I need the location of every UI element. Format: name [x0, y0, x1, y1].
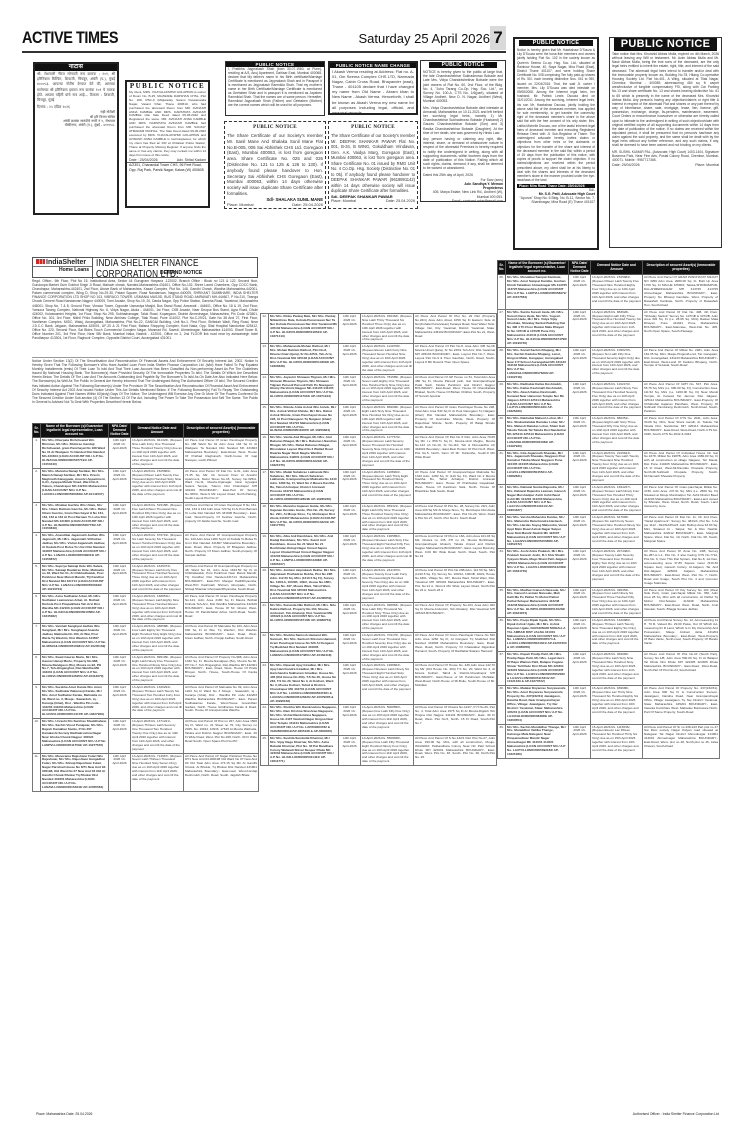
mulla-notice: PUBLIC NOTICE Take notice that Mrs. Khur…	[609, 37, 722, 248]
npa-date: 10th April 2026 13-April-2026	[339, 602, 361, 632]
npa-date: 10th April 2026 13-April-2026	[339, 344, 361, 374]
table-row: 15.Mr./ Mrs. Shinde Anita Ashok W/o Asho…	[261, 405, 497, 435]
borrower-details: Mr./ Mrs. Joshi Anita Prakash, Mr./ Mrs.…	[506, 549, 569, 587]
loans-table-col2: 12.Mr./ Mrs. Rinku Pankaj Bale, Mr./ Mrs…	[260, 313, 497, 766]
npa-date: 10th April 2026 13-April-2026	[569, 275, 591, 309]
notice-body: Notice is hereby given that Mr. Hawkshaw…	[515, 47, 597, 184]
npa-date: 10th April 2026 13-April-2026	[569, 484, 591, 514]
sr-no: 18.	[261, 503, 269, 533]
demand-amount: 13-April-2026 Rs. 515158/- (Rupees Five …	[131, 502, 184, 532]
table-row: 21.Mr./ Mrs. Sunanda Nilu Rathod, Mr./ M…	[261, 602, 497, 632]
borrower-details: Mr./ Mrs. Sunita Suresh Hede, Mr./ Mrs. …	[506, 309, 569, 347]
borrower-details: Mr./ Mrs. Dahiwal Sunita Rajendra, Mr./ …	[506, 484, 569, 514]
npa-date: 10th April 2026 13-April-2026	[109, 719, 131, 753]
notice-body-2: Mrs. Vidya Chandrashekhar Bobade died in…	[421, 105, 505, 136]
asset-description: All Piece And Parcel Of Gram Panchayat H…	[184, 502, 259, 532]
sr-no: 35.	[498, 587, 506, 617]
npa-date: 10th April 2026 13-April-2026	[109, 624, 131, 654]
sr-no: 12.	[261, 314, 269, 344]
sr-no: 33.	[498, 515, 506, 549]
borrower-details: Mr./ Mrs. Shobha Santosh Hamand W/o Sant…	[269, 633, 339, 663]
demand-amount: 13-April-2026 Rs. 647996/- (Rupees Six L…	[591, 515, 643, 549]
asset-description: All Piece And Parcel Of Flat No. 408, 4t…	[643, 309, 720, 347]
borrower-details: Mr./ Mrs. Madhuri Ganesh Naresale, Mr./ …	[506, 587, 569, 617]
sr-no: 30.	[498, 416, 506, 450]
asset-description: All Piece And Parcel Of Gram Panchayat H…	[414, 633, 497, 663]
sr-no: 26.	[498, 275, 506, 309]
borrower-details: Mr./ Mrs. Sonali Sachin Bhujang, Mr./ Mr…	[506, 347, 569, 381]
table-row: 31.Mr./ Mrs. Gita Jagannath Shewale, Mr.…	[498, 450, 720, 484]
table-row: 8.Mr./ Mrs. Swati Gaurav Murle, Mr./ Mrs…	[33, 654, 259, 684]
npa-date: 10th April 2026 13-April-2026	[109, 753, 131, 791]
npa-date: 10th April 2026 13-April-2026	[569, 587, 591, 617]
sr-no: 3.	[33, 502, 41, 532]
notice-title: PUBLIC NOTICE NAME CHANGE	[330, 63, 416, 68]
notice-place-date: Place: Mira Road Thane Date: 25/04/2026	[517, 184, 595, 188]
asset-description: All Piece And Parcel Of Sr no 238-243 Pa…	[643, 724, 720, 758]
demand-amount: 13-April-2026 Rs. 886351/- (Rupees Eight…	[591, 416, 643, 450]
demand-amount: 13-April-2026 Rs. 1192170/- (Rupees Elev…	[591, 382, 643, 416]
demand-amount: 13-April-2026 Rs. 1058278/- (Rupees Ten …	[591, 347, 643, 381]
asset-description: All Piece And Parcel Survey No. 12, Ad-m…	[643, 617, 720, 651]
npa-date: 10th April 2026 13-April-2026	[109, 685, 131, 719]
demand-amount: 13-April-2026 Rs. 2441876/- (Rupees Twen…	[361, 568, 414, 602]
npa-date: 10th April 2026 13-April-2026	[569, 515, 591, 549]
table-row: 4.Mr./ Mrs. Anandibai Jagannath Jadhav W…	[33, 533, 259, 563]
demand-amount: 13-April-2026 Rs. 996863/- (Rupees Nine …	[361, 602, 414, 632]
npa-date: 10th April 2026 13-April-2026	[109, 468, 131, 502]
asset-description: All Piece And Parcel Of Khasra No-124/7,…	[414, 705, 497, 735]
asset-description: All Piece And Parcel Of Milkat No. 2281,…	[643, 347, 720, 381]
npa-date: 10th April 2026 13-April-2026	[339, 435, 361, 469]
legal-notice-text: Notice Under Section 13(2) Of The Securi…	[32, 357, 258, 404]
npa-date: 10th April 2026 13-April-2026	[339, 374, 361, 404]
demand-amount: 15-April-2026 Rs. 1115636/- (Rupees Elev…	[591, 724, 643, 758]
demand-amount: 13-April-2026 Rs. 496354/- (Rupees Four …	[591, 587, 643, 617]
npa-date: 10th April 2026 13-April-2026	[109, 563, 131, 593]
borrower-details: Mr./ Mrs. Manorama Rajeshwar Fulari W/o …	[41, 753, 109, 791]
table-row: 38.Mr./ Mrs. Malatai Dnyanrao Suryavansh…	[498, 686, 720, 724]
borrower-details: Mr./ Mrs. Anandibai Jagannath Jadhav W/o…	[41, 533, 109, 563]
borrower-details: Mr./ Mrs. Mahananda Mohan Rathod, Mr./ M…	[269, 344, 339, 374]
demand-amount: 13-April-2026 Rs. 1965852/- (Rupees Nine…	[361, 534, 414, 568]
sr-no: 23.	[261, 663, 269, 705]
borrower-details: Mr./ Mrs. Surekha Amol Karale W/o Amol, …	[41, 685, 109, 719]
table-row: 34.Mr./ Mrs. Joshi Anita Prakash, Mr./ M…	[498, 549, 720, 587]
borrower-details: Mr./ Mrs. Minabai Gachhe W/o Uttam, Mr./…	[41, 502, 109, 532]
notice-body: The Share Certificate of our Society's m…	[225, 132, 325, 198]
sr-no: 29.	[498, 382, 506, 416]
demand-amount: 13-April-2026 Rs. 1525984/- (Rupees Fift…	[591, 275, 643, 309]
sr-no: 37.	[498, 652, 506, 686]
npa-date: 10th April 2026 13-April-2026	[339, 469, 361, 503]
asset-description: All Piece And Parcel Of CTS No. 2041, Ad…	[643, 416, 720, 450]
borrower-details: Mr./ Mrs. Swati Gaurav Murle, Mr./ Mrs. …	[41, 654, 109, 684]
notice-title: PUBLIC NOTICE	[329, 122, 417, 132]
sr-no: 19.	[261, 534, 269, 568]
notice-body: I, Pratibha Jayprakash Shah (born 30.07.…	[226, 67, 324, 109]
notice-body: My client, MRS. VIJAYALAKSHMI GOLAPPAN i…	[127, 90, 208, 158]
demand-amount: 13-April-2026 Rs. 1688511/- (Rupees Sixt…	[131, 594, 184, 624]
borrower-details: Mr./ Mrs. Pooja Dipak Ugale, Mr./ Mrs. D…	[506, 617, 569, 651]
npa-date: 10th April 2026 13-April-2026	[569, 450, 591, 484]
dsouza-notice: PUBLIC NOTICE Notice is hereby given tha…	[513, 37, 599, 250]
borrower-details: Mr./ Mrs. Jayashri Shrawan Tilgram, Mr./…	[269, 374, 339, 404]
notice-address: A/2301, Chanandal Tower CHS, 96 Feet Roa…	[127, 162, 208, 172]
borrower-details: Mr./ Mrs. Urvashi D/o Sunilrao Shuddhalw…	[41, 719, 109, 753]
demand-amount: 13-April-2026 Rs. 1645373/- (Rupees Sixt…	[131, 563, 184, 593]
notice-body: श्री. रोशनाली नीरज सोनवती रूम क्रमांक : …	[35, 71, 117, 104]
table-row: 13.Mr./ Mrs. Mahananda Mohan Rathod, Mr.…	[261, 344, 497, 374]
npa-date: 10th April 2026 13-April-2026	[569, 617, 591, 651]
table-row: 35.Mr./ Mrs. Madhuri Ganesh Naresale, Mr…	[498, 587, 720, 617]
npa-date: 10th April 2026 13-April-2026	[109, 438, 131, 468]
sr-no: 9.	[33, 685, 41, 719]
sr-no: 34.	[498, 549, 506, 587]
table-row: 25.Mr./ Mrs. Sushila Sundarlal Khairnar,…	[261, 735, 497, 765]
table-row: 39.Mr./ Mrs. Sachin Muralidhar Thange, M…	[498, 724, 720, 758]
masthead-rule	[22, 51, 506, 53]
asset-description: All Piece And Parcel Of Nagar Parishad H…	[184, 753, 259, 791]
borrower-details: Mr./ Mrs. Supriya Satwaji Kide W/o Satwa…	[41, 563, 109, 593]
table-row: 7.Mr./ Mrs. Vaishali Sanghpal Jadhav W/o…	[33, 624, 259, 654]
asset-description: All Piece And Parcel Of Flat No. G-01, A…	[184, 468, 259, 502]
borrower-details: Mr./ Mrs. Sachin Muralidhar Thange, Mr./…	[506, 724, 569, 758]
asset-description: All Piece And Parcel Of Gram Panchayat P…	[184, 438, 259, 468]
demand-amount: 13-April-2026 Rs. 936463/- (Rupees Nine …	[361, 314, 414, 344]
npa-date: 10th April 2026 13-April-2026	[339, 534, 361, 568]
demand-amount: 13-April-2026 Rs. 1694237/- (Rupees Sixt…	[591, 484, 643, 514]
notice-sign: For Sarv (sms) Adv. Sandhya Y. Memon Pro…	[421, 178, 505, 202]
asset-description: All Piece And Parcel Of Malmatta No 39, …	[184, 685, 259, 719]
npa-date: 10th April 2026 13-April-2026	[339, 705, 361, 735]
asset-description: All Piece And Parcel Of Plot No. 22 Part…	[414, 314, 497, 344]
sr-no: 2.	[33, 468, 41, 502]
demand-amount: 13-April-2026 Rs. 488688/- (Rupees Four …	[131, 624, 184, 654]
borrower-details: Mr./ Mrs. Mandabai Sampat Kambale, Mr./ …	[506, 275, 569, 309]
borrower-details: Mr./ Mrs. Alka Anil Dambhare, Mr./ Mrs. …	[269, 534, 339, 568]
npa-date: 10th April 2026 13-April-2026	[339, 503, 361, 533]
sr-no: 10.	[33, 719, 41, 753]
place-date-line: Place: Maharashtra Date: 25.04.2026	[36, 1112, 92, 1116]
notice-footer: Place: Mumbai Date: 25.04.2026	[225, 202, 325, 207]
india-shelter-logo: IndiaShelter Home Loans	[33, 258, 93, 279]
demand-amount: 13-April-2026 Rs. 713967/- (Rupees Seven…	[131, 753, 184, 791]
table-row: 36.Mr./ Mrs. Pooja Dipak Ugale, Mr./ Mrs…	[498, 617, 720, 651]
asset-description: All Piece And Parcel Of Individual House…	[643, 450, 720, 484]
borrower-details: Mr./ Mrs. Rupali Pradip Patil, Mr./ Mrs.…	[506, 652, 569, 686]
demand-amount: 13-April-2026 Rs. 1186993/- (Rupees Elev…	[361, 469, 414, 503]
npa-date: 10th April 2026 13-April-2026	[109, 594, 131, 624]
sr-no: 5.	[33, 563, 41, 593]
table-row: 9.Mr./ Mrs. Surekha Amol Karale W/o Amol…	[33, 685, 259, 719]
name-change-notice: PUBLIC NOTICE NAME CHANGE I Akash Verma …	[328, 61, 418, 115]
logo-bars-icon	[36, 259, 45, 264]
demand-amount: 13-April-2026 Rs. 1525869/- (Rupees Fift…	[131, 468, 184, 502]
demand-amount: 13-April-2026 Rs. 1320986/- (Rupees Thir…	[591, 617, 643, 651]
sr-no: 32.	[498, 484, 506, 514]
demand-amount: 13-April-2026 Rs. 781589/- (Rupees Seven…	[361, 374, 414, 404]
asset-description: All Piece And Parcel Of Plot No.23B Adm.…	[414, 568, 497, 602]
table-row: 17.Mr./ Mrs. Malati Sahebrao Lakhande W/…	[261, 469, 497, 503]
sr-no: 11.	[33, 753, 41, 791]
demand-amount: 13-April-2026 Rs. 1371221/- (Rupees Thir…	[131, 719, 184, 753]
asset-description: All Piece And Parcel Of S.No.132/1 Part …	[414, 735, 497, 765]
sr-no: 4.	[33, 533, 41, 563]
sr-no: 15.	[261, 405, 269, 435]
demand-amount: 13-April-2026 Rs. 895199/- (Rupees Eight…	[131, 654, 184, 684]
asset-description: All Piece And Parcel Of City Survey No 1…	[643, 587, 720, 617]
npa-date: 10th April 2026 13-April-2026	[339, 663, 361, 705]
table-row: 30.Mr./ Mrs. Rakhabai Mahesh Lohar, Mr./…	[498, 416, 720, 450]
demand-amount: 13-April-2026 Rs. 1177679/- (Rupees Elev…	[361, 435, 414, 469]
sr-no: 39.	[498, 724, 506, 758]
borrower-details: Mr./ Mrs. Janhavi Jaiprakash Rekhe, Mr./…	[269, 568, 339, 602]
asset-description: All Piece And Parcel Of Plot no 267, Adm…	[184, 719, 259, 753]
demand-amount: 13-April-2026 Rs. 5508948/- (Rupees Five…	[361, 735, 414, 765]
demand-amount: 13-April-2026 Rs. 1149708/- (Rupees Elev…	[361, 344, 414, 374]
sr-no: 7.	[33, 624, 41, 654]
table-row: 6.Mr./ Mrs. Asha Sudhakar Arbat, Mr./ Mr…	[33, 594, 259, 624]
npa-date: 10th April 2026 13-April-2026	[569, 724, 591, 758]
notice-sign: Sd/- Mr. S.G. Patil, Advocate High Court…	[515, 188, 597, 205]
asset-description: All Piece And Parcel Of Gram Panchayat P…	[184, 594, 259, 624]
sr-no: 17.	[261, 469, 269, 503]
asset-description: All Piece And Parcel Of Property No.104,…	[414, 602, 497, 632]
borrower-details: Mr./ Mrs. Radhabai Kailas Deshmukh, Mr./…	[506, 382, 569, 416]
col-header-sr: Sr. No.	[33, 424, 41, 438]
col-header-npa: NPA Date/ Demand Notice Date	[109, 424, 131, 438]
npa-date: 10th April 2026 13-April-2026	[339, 314, 361, 344]
office-addresses: Regd. Office:- 6th Floor, Plot No 15, In…	[32, 279, 258, 340]
vijayalakshmi-notice: PUBLIC NOTICE My client, MRS. VIJAYALAKS…	[125, 80, 210, 208]
table-row: 14.Mr./ Mrs. Jayashri Shrawan Tilgram, M…	[261, 374, 497, 404]
borrower-details: Mr./ Mrs. Manisha Gajanan Gulde, Mr./ Mr…	[269, 503, 339, 533]
sr-no: 16.	[261, 435, 269, 469]
sr-no: 27.	[498, 309, 506, 347]
notice-footer: Date: 25/04/2026 Place: Mumbai	[610, 163, 721, 167]
borrower-details: Mr./ Mrs. Rakhabai Mahesh Lohar, Mr./ Mr…	[506, 416, 569, 450]
npa-date: 10th April 2026 13-April-2026	[109, 533, 131, 563]
table-row: 27.Mr./ Mrs. Sunita Suresh Hede, Mr./ Mr…	[498, 309, 720, 347]
npa-date: 10th April 2026 13-April-2026	[569, 382, 591, 416]
asset-description: All Piece And Parcel Of GRAM PANCHAYAT M…	[643, 275, 720, 309]
npa-date: 10th April 2026 13-April-2026	[339, 405, 361, 435]
npa-date: 10th April 2026 13-April-2026	[339, 633, 361, 663]
table-row: 12.Mr./ Mrs. Rinku Pankaj Bale, Mr./ Mrs…	[261, 314, 497, 344]
asset-description: All Piece And Parcel Of Grampanchayat Ma…	[414, 469, 497, 503]
notice-sign: सही नोटीशी श्री हरि विजय सोनेल अंधेरी क्…	[35, 110, 117, 127]
table-row: 3.Mr./ Mrs. Minabai Gachhe W/o Uttam, Mr…	[33, 502, 259, 532]
borrower-details: Mr./ Mrs. Manisha Nanaji Sartikar, Mr./ …	[41, 468, 109, 502]
borrower-details: Mr./ Mrs. Malati Sahebrao Lakhande W/o S…	[269, 469, 339, 503]
npa-date: 10th April 2026 13-April-2026	[569, 347, 591, 381]
notice-title: नोटीस	[35, 64, 117, 71]
demand-amount: 13-April-2026 Rs. 676719/- (Rupees Six L…	[131, 533, 184, 563]
notice-title: PUBLIC NOTICE	[429, 62, 497, 68]
sr-no: 31.	[498, 450, 506, 484]
npa-date: 10th April 2026 13-April-2026	[339, 568, 361, 602]
borrower-details: Mr./ Mrs. Dhurpata Bichchewad W/o Bhimra…	[41, 438, 109, 468]
asset-description: All Piece And Parcel Of Plot No.8, Area …	[414, 344, 497, 374]
demand-amount: 13-April-2026 Rs. 5008550/- (Rupees Five…	[361, 705, 414, 735]
npa-date: 10th April 2026 13-April-2026	[569, 309, 591, 347]
asset-description: All Piece And Parcel Of Gram-panchayat M…	[643, 484, 720, 514]
marathi-notice: नोटीस श्री. रोशनाली नीरज सोनवती रूम क्रम…	[33, 62, 119, 215]
sr-no: 22.	[261, 633, 269, 663]
table-row: 37.Mr./ Mrs. Rupali Pradip Patil, Mr./ M…	[498, 652, 720, 686]
company-title: INDIA SHELTER FINANCE CORPORATION LTD.	[96, 258, 227, 280]
asset-description: All Piece And Parcel Of Flat No. 11, On …	[643, 515, 720, 549]
bobade-notice: PUBLIC NOTICE NOTICE is hereby given to …	[420, 60, 506, 202]
borrower-details: Mr./ Mrs. Vanita Atul Bhagat, Mr./ Mrs. …	[269, 435, 339, 469]
sr-no: 38.	[498, 686, 506, 724]
asset-description: All Piece And Parcel Of GP House no 51, …	[414, 374, 497, 404]
borrower-details: Mr./ Mrs. Gita Jagannath Shewale, Mr./ M…	[506, 450, 569, 484]
sr-no: 14.	[261, 374, 269, 404]
table-row: 5.Mr./ Mrs. Supriya Satwaji Kide W/o Sat…	[33, 563, 259, 593]
notice-sign: MR. SUSHIL KUMAR PAL, (Advocate, High Co…	[610, 149, 721, 163]
asset-description: All Piece And Parcel Of Property No. 237…	[643, 686, 720, 724]
table-row: 19.Mr./ Mrs. Alka Anil Dambhare, Mr./ Mr…	[261, 534, 497, 568]
notice-body-1: NOTICE is hereby given to the public at …	[421, 69, 505, 105]
demand-amount: 13-April-2026 Rs. 969960/- (Rupees Nine …	[591, 652, 643, 686]
npa-date: 10th April 2026 13-April-2026	[109, 654, 131, 684]
page-number: 7	[490, 26, 506, 50]
loans-table-col1: Sr. No. Name of the Borrower (s)/Guarant…	[32, 423, 259, 792]
table-row: 23.Mr./ Mrs. Dipavali Ajay Giradkar, Mr.…	[261, 663, 497, 705]
sr-no: 36.	[498, 617, 506, 651]
notice-title: PUBLIC NOTICE	[127, 82, 208, 90]
asset-description: All Piece And Parcel Of Plot No.24 (Sout…	[643, 652, 720, 686]
table-row: 26.Mr./ Mrs. Mandabai Sampat Kambale, Mr…	[498, 275, 720, 309]
sr-no: 1.	[33, 438, 41, 468]
table-row: 24.Mr./ Mrs. Shobha W/o Ramkrushna Nagap…	[261, 705, 497, 735]
table-row: 10.Mr./ Mrs. Urvashi D/o Sunilrao Shuddh…	[33, 719, 259, 753]
table-row: 11.Mr./ Mrs. Manorama Rajeshwar Fulari W…	[33, 753, 259, 791]
shah-notice: PUBLIC NOTICE I, Pratibha Jayprakash Sha…	[225, 61, 325, 116]
demand-amount: 13-April-2026 Rs. 2229624/- (Rupees Twen…	[591, 450, 643, 484]
sr-no: 28.	[498, 347, 506, 381]
sr-no: 20.	[261, 568, 269, 602]
asset-description: All Piece And Parcel Of House No. 436 Ad…	[414, 663, 497, 705]
npa-date: 10th April 2026 13-April-2026	[339, 735, 361, 765]
asset-description: All Piece And Parcel Of Plot No. 28, Sur…	[414, 503, 497, 533]
borrower-details: Mr./ Mrs. Rinku Pankaj Bale, Mr./ Mrs. P…	[269, 314, 339, 344]
notice-body: The Share Certificate of our Society's m…	[329, 132, 417, 195]
demand-amount: 13-April-2026 Rs. 941323/- (Rupees Nine …	[131, 438, 184, 468]
table-row: 1.Mr./ Mrs. Dhurpata Bichchewad W/o Bhim…	[33, 438, 259, 468]
col-header-demand: Demand Notice Date and Amount	[131, 424, 184, 438]
notice-body: Take notice that Mrs. Khurshid Abbas Mul…	[610, 51, 721, 149]
demand-amount: 13-April-2026 Rs. 883626/- (Rupees Eight…	[591, 309, 643, 347]
authorised-officer-line: Authorised Officer : India Shelter Finan…	[497, 1112, 719, 1116]
notice-body: I Akash Verma residing at Address: Flat …	[330, 68, 416, 115]
demand-amount: 13-April-2026 Rs. 1326294/- (Rupees Thir…	[131, 685, 184, 719]
table-row: 28.Mr./ Mrs. Sonali Sachin Bhujang, Mr./…	[498, 347, 720, 381]
borrower-details: Mr./ Mrs. Vaishali Sanghpal Jadhav W/o S…	[41, 624, 109, 654]
notice-title: PUBLIC NOTICE	[225, 122, 325, 132]
demand-notice-label: DEMAND NOTICE	[160, 270, 202, 276]
borrower-details: Mr./ Mrs. Shinde Anita Ashok W/o Ashok, …	[269, 405, 339, 435]
table-row: 32.Mr./ Mrs. Dahiwal Sunita Rajendra, Mr…	[498, 484, 720, 514]
borrower-details: Mr./ Mrs. Shobha W/o Ramkrushna Nagapure…	[269, 705, 339, 735]
table-row: 33.Mr./ Mrs. Varsha Mahendra Kardas, Mr.…	[498, 515, 720, 549]
loans-table-col3: Sr. No. Name of the Borrower (s)/Guarant…	[497, 260, 720, 759]
borrower-details: Mr./ Mrs. Dipavali Ajay Giradkar, Mr./ M…	[269, 663, 339, 705]
col-header-asset: Description of secured Asset(s) (immovab…	[184, 424, 259, 438]
demand-amount: 13-April-2026 Rs. 869006/- (Rupees Eight…	[361, 405, 414, 435]
borrower-details: Mr./ Mrs. Asha Sudhakar Arbat, Mr./ Mrs.…	[41, 594, 109, 624]
demand-amount: 13-April-2026 Rs. 859321/- (Rupees Eight…	[361, 503, 414, 533]
table-row: 20.Mr./ Mrs. Janhavi Jaiprakash Rekhe, M…	[261, 568, 497, 602]
demand-amount: 13-April-2026 Rs. 2074482/- (Rupees Twen…	[591, 549, 643, 587]
npa-date: 10th April 2026 13-April-2026	[569, 416, 591, 450]
table-row: 29.Mr./ Mrs. Radhabai Kailas Deshmukh, M…	[498, 382, 720, 416]
table-row: 16.Mr./ Mrs. Vanita Atul Bhagat, Mr./ Mr…	[261, 435, 497, 469]
notice-title: PUBLIC NOTICE	[614, 38, 717, 51]
col-header-borrower: Name of the Borrower (s)/Guarantor/ lega…	[41, 424, 109, 438]
issue-date: Saturday 25 April 2026	[240, 31, 490, 46]
asset-description: All Piece And Parcel Of Plot No 8 Part, …	[414, 435, 497, 469]
sr-no: 21.	[261, 602, 269, 632]
notice-body-3: Any person having or claiming any right,…	[421, 136, 505, 172]
borrower-details: Mr./ Mrs. Malatai Dnyanrao Suryavanshi, …	[506, 686, 569, 724]
asset-description: All Piece And Parcel Of Plot no 18A, Adm…	[414, 534, 497, 568]
table-row: 18.Mr./ Mrs. Manisha Gajanan Gulde, Mr./…	[261, 503, 497, 533]
npa-date: 10th April 2026 13-April-2026	[569, 549, 591, 587]
borrower-details: Mr./ Mrs. Sushila Sundarlal Khairnar, Mr…	[269, 735, 339, 765]
notice-title: PUBLIC NOTICE	[519, 40, 593, 46]
demand-amount: 13-April-2026 Rs. 704176/- (Rupees Seven…	[361, 633, 414, 663]
sr-no: 25.	[261, 735, 269, 765]
notice-footer: Place: Mumbai Date: 25.04.2026	[329, 199, 417, 203]
asset-description: All Piece And Parcel Of Grampanchayat Pr…	[184, 563, 259, 593]
demand-amount: 13-April-2026 Rs. 1968663/- (Rupees Nine…	[361, 663, 414, 705]
table-row: 2.Mr./ Mrs. Manisha Nanaji Sartikar, Mr.…	[33, 468, 259, 502]
share-certificate-mane-notice: PUBLIC NOTICE The Share Certificate of o…	[224, 121, 326, 209]
npa-date: 10th April 2026 13-April-2026	[569, 652, 591, 686]
borrower-details: Mr./ Mrs. Sunanda Nilu Rathod, Mr./ Mrs.…	[269, 602, 339, 632]
asset-description: All Piece And Parcel Of Gram Panchayat H…	[414, 405, 497, 435]
asset-description: All Piece And Parcel Of GPH No. 547, Plo…	[643, 382, 720, 416]
demand-amount: 15-April-2026 Rs. 939686/- (Rupees Nine …	[591, 686, 643, 724]
sr-no: 6.	[33, 594, 41, 624]
npa-date: 10th April 2026 13-April-2026	[109, 502, 131, 532]
asset-description: All Piece And Parcel Of Grampanchayat Pr…	[184, 533, 259, 563]
asset-description: All Piece And Parcel Of Property No.988,…	[184, 654, 259, 684]
sr-no: 13.	[261, 344, 269, 374]
sr-no: 8.	[33, 654, 41, 684]
npa-date: 10th April 2026 13-April-2026	[569, 686, 591, 724]
share-certificate-pawar-notice: PUBLIC NOTICE The Share Certificate of o…	[328, 121, 418, 209]
table-row: 22.Mr./ Mrs. Shobha Santosh Hamand W/o S…	[261, 633, 497, 663]
sr-no: 24.	[261, 705, 269, 735]
asset-description: All Piece And Parcel Of Malmatta No 163,…	[184, 624, 259, 654]
asset-description: All Piece And Parcel Of Zone No. 1/98, S…	[643, 549, 720, 587]
borrower-details: Mr./ Mrs. Varsha Mahendra Kardas, Mr./ M…	[506, 515, 569, 549]
